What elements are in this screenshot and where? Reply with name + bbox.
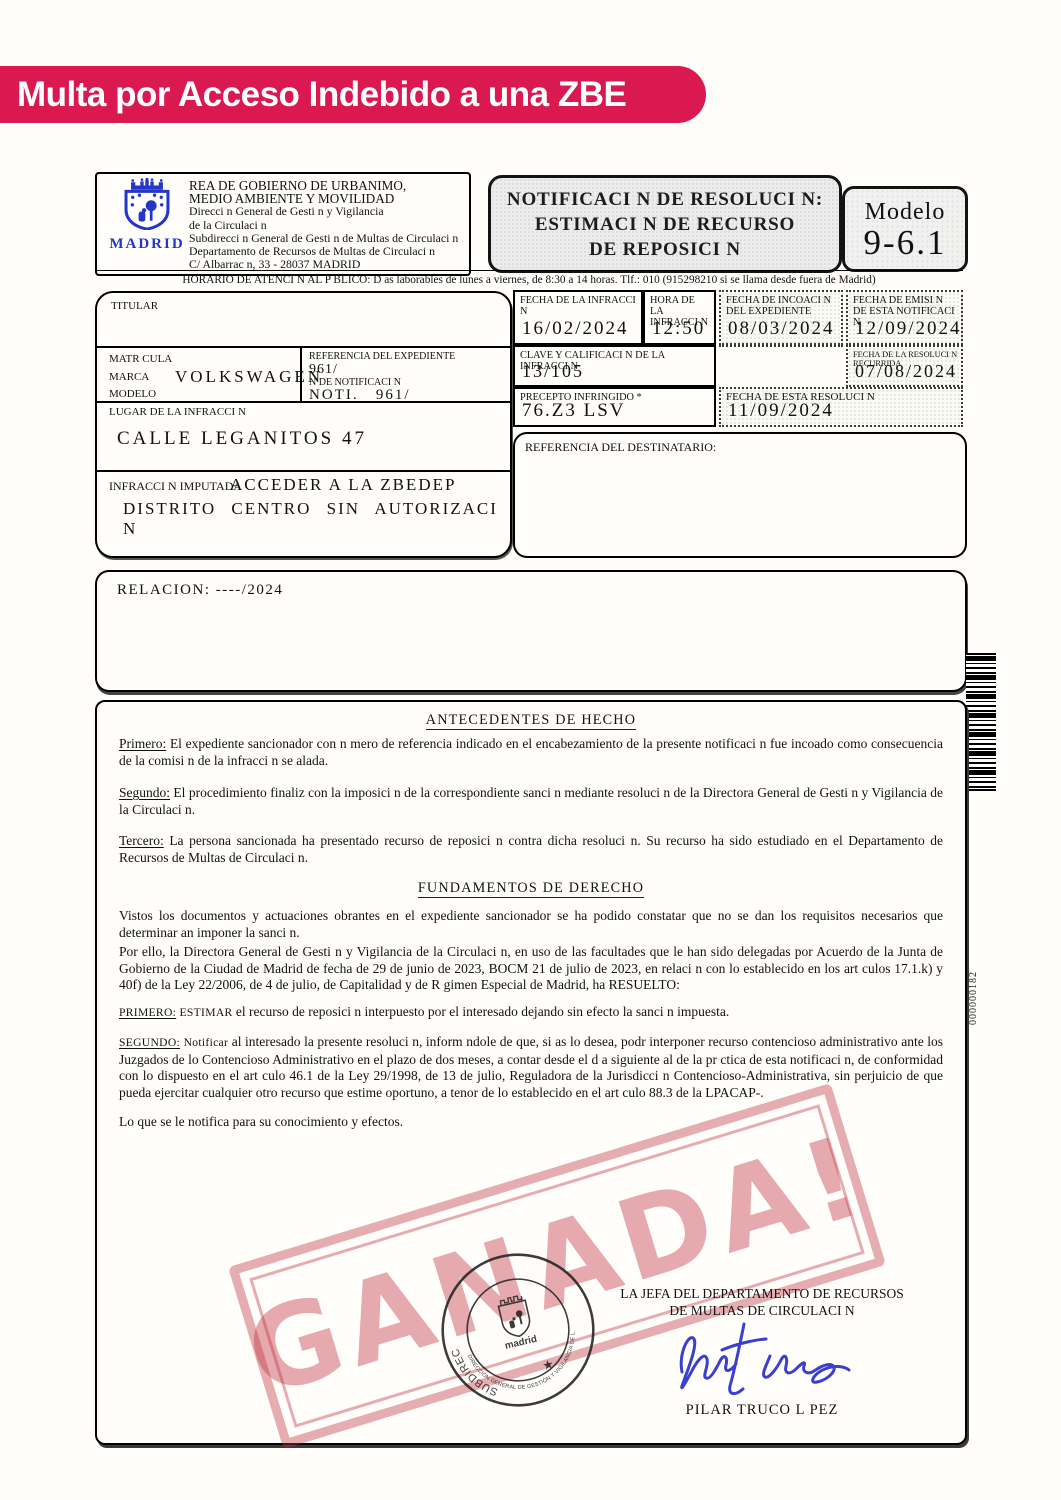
notice-title-line: NOTIFICACI N DE RESOLUCI N: — [507, 187, 823, 212]
antecedentes-p3: Tercero: La persona sancionada ha presen… — [119, 833, 943, 866]
ref-expediente-label: REFERENCIA DEL EXPEDIENTE — [309, 351, 455, 362]
hora-cell: HORA DE LA INFRACCI N 12:50 — [643, 290, 716, 345]
destinatario-box: REFERENCIA DEL DESTINATARIO: — [513, 432, 967, 558]
barcode — [966, 653, 996, 791]
notice-title-box: NOTIFICACI N DE RESOLUCI N: ESTIMACI N D… — [488, 175, 842, 273]
destinatario-label: REFERENCIA DEL DESTINATARIO: — [515, 434, 965, 455]
infraccion-value-1: ACCEDER A LA ZBEDEP — [230, 475, 456, 495]
divider — [97, 401, 510, 403]
cell-value: 76.Z3 LSV — [522, 400, 626, 422]
page-title: Multa por Acceso Indebido a una ZBE — [0, 75, 626, 115]
cell-label: FECHA DE LA INFRACCI N — [515, 292, 641, 317]
modelo-label: Modelo — [865, 199, 946, 226]
fundamentos-title: FUNDAMENTOS DE DERECHO — [97, 880, 965, 897]
relacion-text: RELACION: ----/2024 — [97, 572, 965, 599]
cell-value: 07/08/2024 — [855, 361, 957, 382]
marca-label: MARCA — [109, 371, 149, 383]
incoacion-cell: FECHA DE INCOACI N DEL EXPEDIENTE 08/03/… — [719, 290, 843, 345]
antecedentes-title: ANTECEDENTES DE HECHO — [97, 712, 965, 729]
fundamentos-p2: Por ello, la Directora General de Gesti … — [119, 944, 943, 994]
modelo-number: 9-6.1 — [864, 226, 947, 260]
cell-label: FECHA DE INCOACI N DEL EXPEDIENTE — [721, 292, 841, 317]
notice-title-line: ESTIMACI N DE RECURSO — [535, 212, 795, 237]
header-divider — [95, 270, 963, 271]
page-title-banner: Multa por Acceso Indebido a una ZBE — [0, 66, 706, 123]
cell-value: 08/03/2024 — [728, 318, 835, 340]
infraccion-label: INFRACCI N IMPUTADA — [109, 479, 242, 494]
document-page: Multa por Acceso Indebido a una ZBE MADR… — [0, 0, 1061, 1500]
antecedentes-p2: Segundo: El procedimiento finaliz con la… — [119, 785, 943, 818]
modelo-box: Modelo 9-6.1 — [842, 186, 968, 272]
dates-grid: FECHA DE LA INFRACCI N 16/02/2024 HORA D… — [513, 290, 963, 427]
antecedentes-p1: Primero: El expediente sancionador con n… — [119, 736, 943, 769]
document-number-vertical: 000000182 — [968, 935, 979, 1025]
clave-cell: CLAVE Y CALIFICACI N DE LA INFRACCI N 13… — [513, 345, 716, 387]
resolution-body-box: ANTECEDENTES DE HECHO Primero: El expedi… — [95, 700, 967, 1445]
seal-star: ★ — [541, 1357, 555, 1373]
notice-title-line: DE REPOSICI N — [589, 237, 741, 262]
cell-value: 13/105 — [522, 361, 584, 382]
precepto-cell: PRECEPTO INFRINGIDO * 76.Z3 LSV — [513, 387, 716, 427]
signer-name: PILAR TRUCO L PEZ — [567, 1402, 957, 1419]
cell-value: 12:50 — [652, 318, 705, 340]
titular-label: TITULAR — [111, 300, 158, 312]
crest-wordmark: MADRID — [109, 236, 185, 253]
fecha-infraccion-cell: FECHA DE LA INFRACCI N 16/02/2024 — [513, 290, 643, 345]
empty-cell — [719, 345, 843, 387]
agency-header-box: MADRID REA DE GOBIERNO DE URBANIMO, MEDI… — [95, 172, 471, 276]
madrid-crest: MADRID — [109, 178, 185, 253]
emision-cell: FECHA DE EMISI N DE ESTA NOTIFICACI N 12… — [846, 290, 963, 345]
lugar-value: CALLE LEGANITOS 47 — [117, 428, 367, 450]
vehicle-box: TITULAR MATR CULA MARCA VOLKSWAGEN MODEL… — [95, 291, 512, 558]
fundamentos-p1: Vistos los documentos y actuaciones obra… — [119, 908, 943, 941]
ref-expediente-value: 961/ — [309, 362, 338, 378]
signature-scribble — [662, 1314, 872, 1404]
agency-address-block: REA DE GOBIERNO DE URBANIMO, MEDIO AMBIE… — [189, 179, 465, 271]
recurrida-cell: FECHA DE LA RESOLUCI N RECURRIDA 07/08/2… — [846, 345, 963, 387]
fecha-resolucion-cell: FECHA DE ESTA RESOLUCI N 11/09/2024 — [719, 387, 963, 427]
modelo-field-label: MODELO — [109, 388, 156, 400]
agency-line: Direcci n General de Gesti n y Vigilanci… — [189, 205, 465, 218]
divider — [97, 470, 510, 472]
cell-value: 12/09/2024 — [855, 318, 962, 340]
matricula-label: MATR CULA — [109, 353, 172, 365]
office-hours-line: HORARIO DE ATENCI N AL P BLICO: D as lab… — [95, 274, 963, 286]
divider — [97, 346, 510, 348]
relacion-box: RELACION: ----/2024 — [95, 570, 967, 692]
infraccion-value-2: DISTRITO CENTRO SIN AUTORIZACI N — [123, 499, 510, 539]
resuelto-primero: PRIMERO: ESTIMAR el recurso de reposici … — [119, 1004, 943, 1022]
divider — [300, 346, 302, 401]
cell-value: 16/02/2024 — [522, 318, 629, 340]
agency-line: de la Circulaci n — [189, 219, 465, 232]
lugar-label: LUGAR DE LA INFRACCI N — [109, 406, 246, 418]
cell-value: 11/09/2024 — [728, 400, 834, 422]
madrid-crest-icon — [114, 178, 180, 230]
seal-center-text: madrid — [504, 1334, 538, 1352]
